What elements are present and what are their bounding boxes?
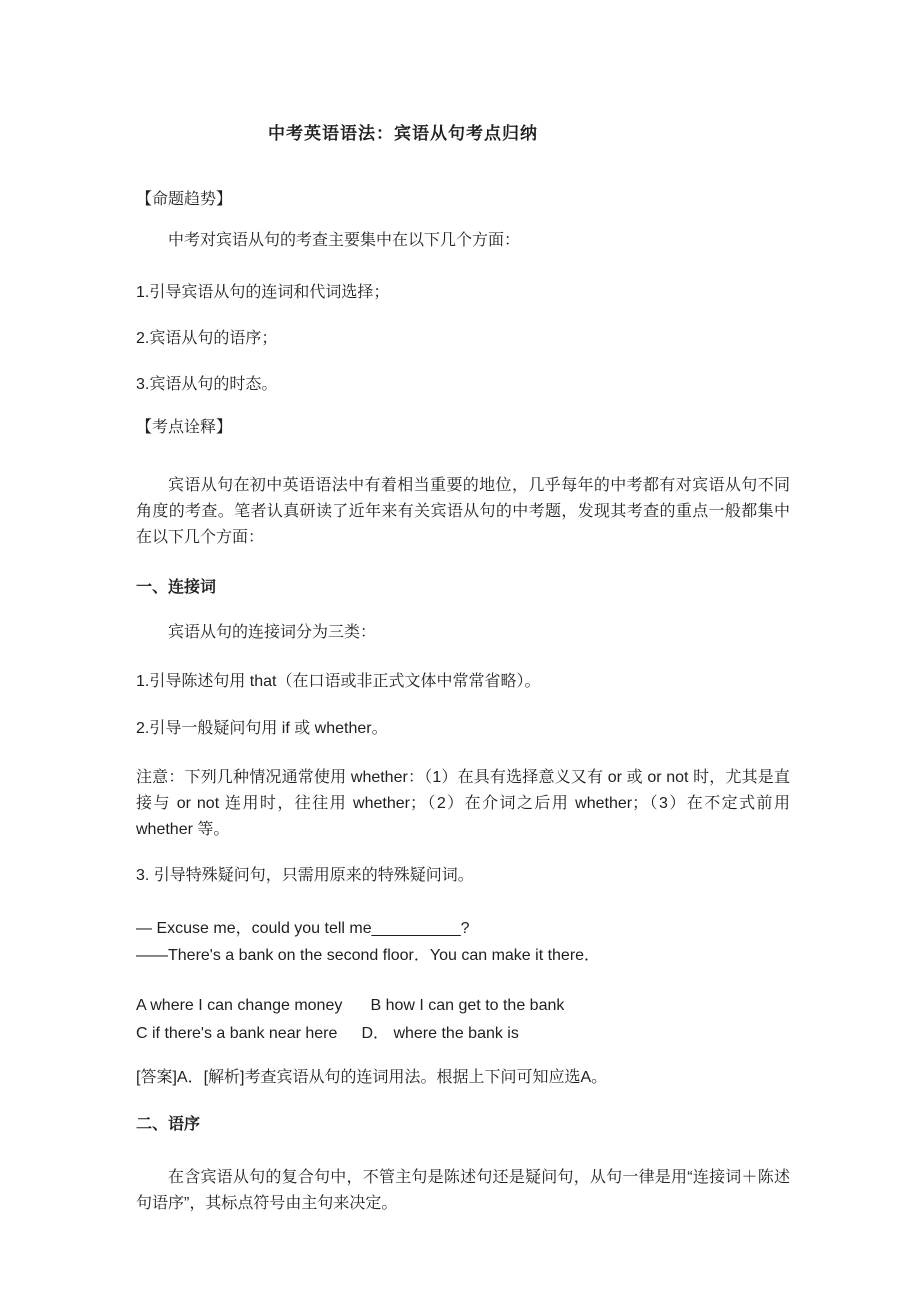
word-order-paragraph: 在含宾语从句的复合句中，不管主句是陈述句还是疑问句，从句一律是用“连接词＋陈述句… bbox=[136, 1165, 790, 1217]
example-question-line: — Excuse me，could you tell me__________? bbox=[136, 915, 790, 942]
trend-list-item-3: 3.宾语从句的时态。 bbox=[136, 372, 790, 398]
trend-list-item-2: 2.宾语从句的语序； bbox=[136, 326, 790, 352]
connectives-rule-3: 3. 引导特殊疑问句，只需用原来的特殊疑问词。 bbox=[136, 863, 790, 889]
connectives-note-paragraph: 注意：下列几种情况通常使用 whether：（1）在具有选择意义又有 or 或 … bbox=[136, 765, 790, 843]
example-options: A where I can change money B how I can g… bbox=[136, 992, 790, 1048]
trend-list-item-1: 1.引导宾语从句的连词和代词选择； bbox=[136, 280, 790, 306]
answer-analysis-line: [答案]A．[解析]考查宾语从句的连词用法。根据上下问可知应选A。 bbox=[136, 1065, 790, 1091]
connectives-rule-2: 2.引导一般疑问句用 if 或 whether。 bbox=[136, 716, 790, 742]
section-heading-word-order: 二、语序 bbox=[136, 1112, 790, 1138]
trend-section-header: 【命题趋势】 bbox=[136, 187, 790, 213]
notes-section-header: 【考点诠释】 bbox=[136, 415, 790, 441]
notes-paragraph: 宾语从句在初中英语语法中有着相当重要的地位，几乎每年的中考都有对宾语从句不同角度… bbox=[136, 473, 790, 551]
document-page: 中考英语语法：宾语从句考点归纳 【命题趋势】 中考对宾语从句的考查主要集中在以下… bbox=[0, 0, 920, 1302]
example-reply-line: ——There's a bank on the second floor．You… bbox=[136, 942, 790, 969]
option-c: C if there's a bank near here bbox=[136, 1020, 357, 1048]
connectives-intro-paragraph: 宾语从句的连接词分为三类： bbox=[136, 620, 790, 646]
connectives-rule-1: 1.引导陈述句用 that（在口语或非正式文体中常常省略）。 bbox=[136, 669, 790, 695]
options-row-1: A where I can change money B how I can g… bbox=[136, 992, 790, 1020]
doc-title: 中考英语语法：宾语从句考点归纳 bbox=[268, 121, 538, 147]
section-heading-connectives: 一、连接词 bbox=[136, 575, 790, 601]
example-dialog: — Excuse me，could you tell me__________?… bbox=[136, 915, 790, 969]
option-a: A where I can change money bbox=[136, 992, 366, 1020]
option-d: D． where the bank is bbox=[361, 1025, 518, 1042]
trend-intro-paragraph: 中考对宾语从句的考查主要集中在以下几个方面： bbox=[136, 228, 790, 254]
options-row-2: C if there's a bank near here D． where t… bbox=[136, 1020, 790, 1048]
option-b: B how I can get to the bank bbox=[370, 997, 564, 1014]
